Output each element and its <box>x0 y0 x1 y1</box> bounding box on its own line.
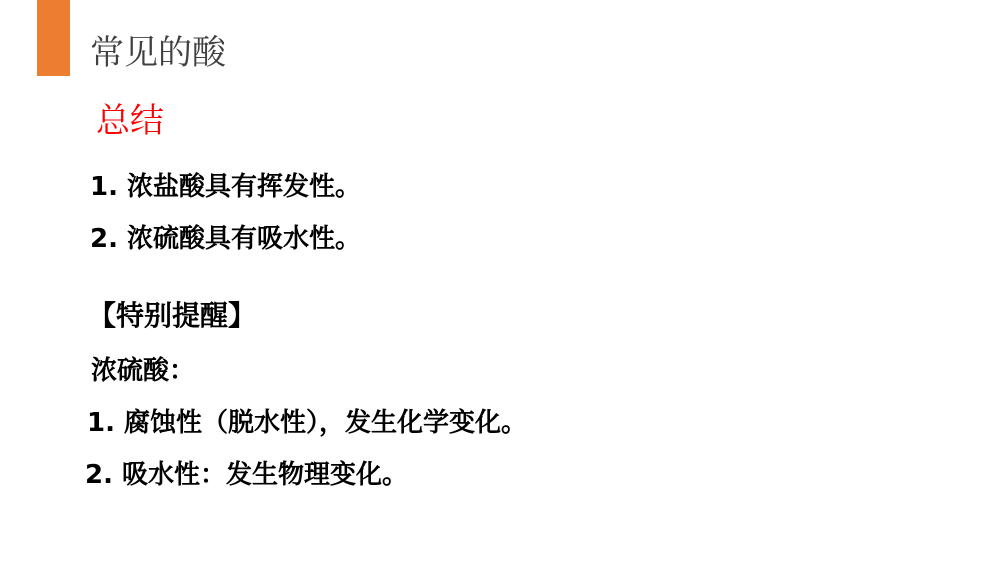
slide-title: 常见的酸 <box>90 36 226 70</box>
summary-item-2: 2. 浓硫酸具有吸水性。 <box>90 226 361 252</box>
reminder-point-2: 2. 吸水性：发生物理变化。 <box>85 462 408 488</box>
slide-subtitle: 总结 <box>96 104 164 138</box>
reminder-heading: 【特别提醒】 <box>88 302 256 330</box>
summary-item-1: 1. 浓盐酸具有挥发性。 <box>90 174 361 200</box>
reminder-subject: 浓硫酸： <box>91 358 195 384</box>
reminder-point-1: 1. 腐蚀性（脱水性），发生化学变化。 <box>87 410 527 436</box>
accent-bar <box>37 0 70 76</box>
